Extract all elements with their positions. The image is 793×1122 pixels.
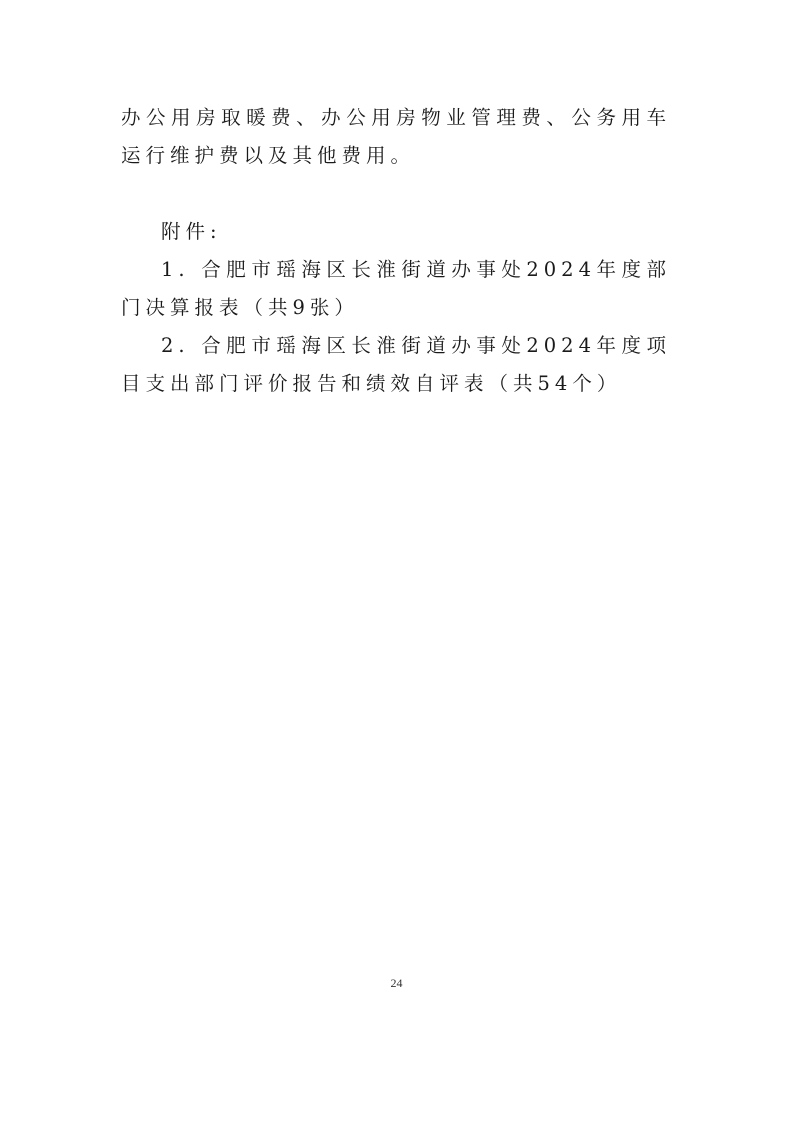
page-number: 24 — [0, 976, 793, 991]
attachment-item-1: 1. 合肥市瑶海区长淮街道办事处2024年度部门决算报表（共9张） — [121, 251, 671, 327]
attachments-heading: 附件: — [121, 213, 671, 251]
page-body: 办公用房取暖费、办公用房物业管理费、公务用车运行维护费以及其他费用。 附件: 1… — [121, 99, 671, 403]
paragraph-spacer — [121, 175, 671, 213]
attachment-item-2: 2. 合肥市瑶海区长淮街道办事处2024年度项目支出部门评价报告和绩效自评表（共… — [121, 327, 671, 403]
continuation-paragraph: 办公用房取暖费、办公用房物业管理费、公务用车运行维护费以及其他费用。 — [121, 99, 671, 175]
document-page: 办公用房取暖费、办公用房物业管理费、公务用车运行维护费以及其他费用。 附件: 1… — [0, 0, 793, 1122]
